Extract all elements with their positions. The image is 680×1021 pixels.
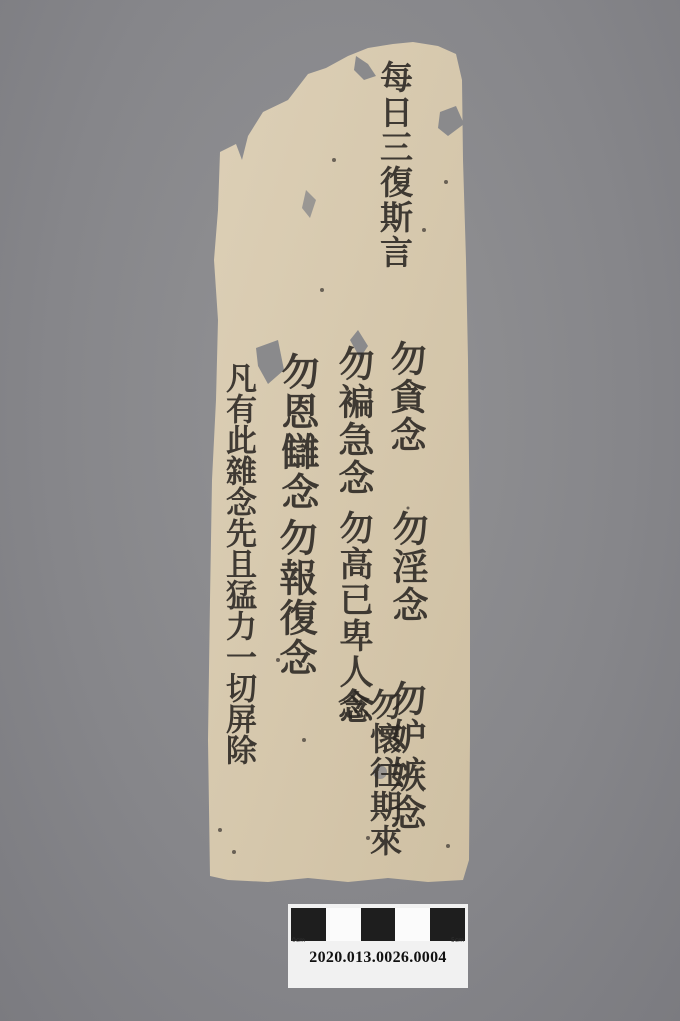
scale-segment bbox=[361, 908, 396, 941]
catalog-number: 2020.013.0026.0004 bbox=[288, 949, 468, 967]
scale-end-label: 5cm bbox=[451, 937, 464, 944]
text-column-7: 勿懷往期來念 bbox=[336, 688, 400, 888]
text-column-1: 每日三復斯言 bbox=[378, 60, 411, 270]
manuscript-paper: 每日三復斯言 勿貪念 勿淫念 勿妒嫉念 勿褊急念 勿高已卑人念 勿懷往期來念 勿… bbox=[208, 40, 470, 888]
scale-bar-card: 0cm 5cm 2020.013.0026.0004 bbox=[288, 904, 468, 988]
scale-segment bbox=[326, 908, 361, 941]
text-column-8: 勿恩讎念 bbox=[278, 352, 316, 512]
text-column-9: 勿報復念 bbox=[276, 518, 314, 678]
text-column-2: 勿貪念 bbox=[388, 340, 424, 454]
scale-start-label: 0cm bbox=[292, 937, 305, 944]
scale-bar bbox=[291, 908, 465, 941]
text-column-10: 凡有此雜念先且猛力一切屏除 bbox=[222, 362, 253, 765]
scale-segment bbox=[395, 908, 430, 941]
text-column-5: 勿褊急念 bbox=[336, 345, 372, 497]
text-column-3: 勿淫念 bbox=[390, 510, 426, 624]
